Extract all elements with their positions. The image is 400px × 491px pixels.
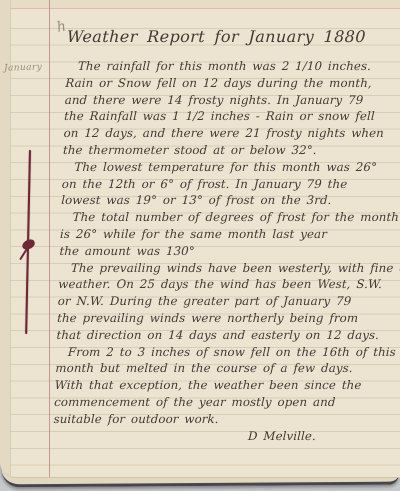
signature: D Melville.	[53, 428, 394, 445]
report-line: The lowest temperature for this month wa…	[62, 159, 400, 176]
page-top-edge	[0, 0, 400, 8]
red-margin-line	[49, 0, 50, 477]
report-line: month but melted in the course of a few …	[55, 360, 396, 377]
report-line: or N.W. During the greater part of Janua…	[57, 293, 398, 310]
pencil-mark: h	[55, 18, 67, 36]
report-line: the Rainfall was 1 1/2 inches - Rain or …	[64, 108, 400, 125]
page-top-rule	[0, 8, 400, 9]
report-line: the thermometer stood at or below 32°.	[63, 142, 400, 159]
report-line: that direction on 14 days and easterly o…	[56, 327, 397, 344]
report-line: on the 12th or 6° of frost. In January 7…	[62, 176, 400, 193]
report-line: From 2 to 3 inches of snow fell on the 1…	[56, 344, 397, 361]
report-line: The total number of degrees of frost for…	[60, 209, 400, 226]
report-line: the prevailing winds were northerly bein…	[57, 310, 398, 327]
report-line: With that exception, the weather been si…	[54, 377, 395, 394]
weather-report: Weather Report for January 1880 The rain…	[53, 27, 400, 444]
report-line: is 26° while for the same month last yea…	[60, 226, 400, 243]
report-body: The rainfall for this month was 2 1/10 i…	[53, 58, 400, 444]
notebook-page: h January Weather Report for January 188…	[0, 0, 400, 478]
report-line: The rainfall for this month was 2 1/10 i…	[66, 58, 400, 75]
report-line: and there were 14 frosty nights. In Janu…	[64, 92, 400, 109]
report-line: The prevailing winds have been westerly,…	[59, 260, 400, 277]
margin-note-january: January	[4, 62, 42, 73]
report-line: weather. On 25 days the wind has been We…	[58, 276, 399, 293]
report-line: suitable for outdoor work.	[53, 411, 394, 428]
binding-cord-knot	[21, 238, 36, 251]
photographed-notebook: h January Weather Report for January 188…	[0, 0, 400, 491]
report-line: on 12 days, and there were 21 frosty nig…	[63, 125, 400, 142]
report-line: the amount was 130°	[59, 243, 400, 260]
report-line: commencement of the year mostly open and	[54, 394, 395, 411]
report-line: lowest was 19° or 13° of frost on the 3r…	[61, 192, 400, 209]
report-title: Weather Report for January 1880	[67, 27, 400, 46]
report-line: Rain or Snow fell on 12 days during the …	[65, 75, 400, 92]
